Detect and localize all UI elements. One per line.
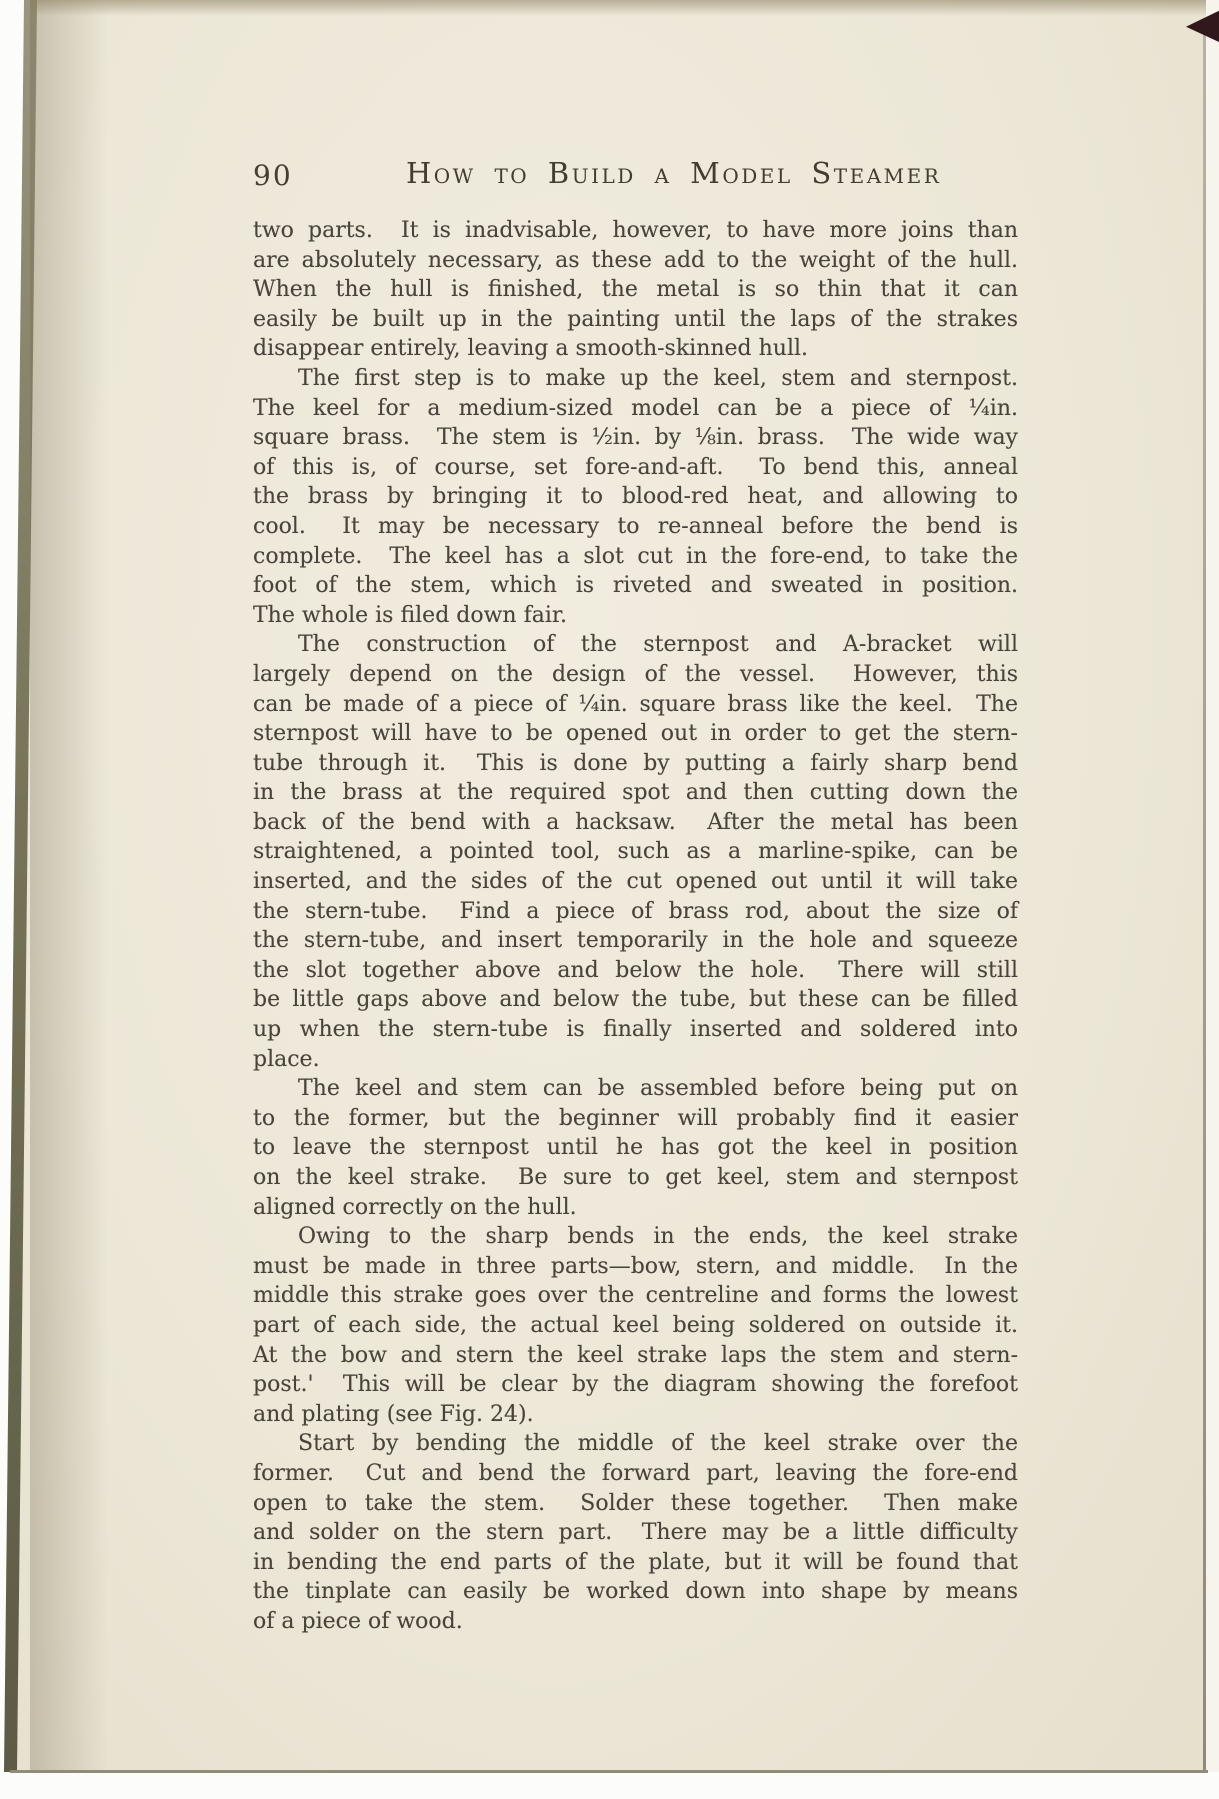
text-line: open to take the stem. Solder these toge… [253,1489,1018,1519]
page-body-text: two parts. It is inadvisable, however, t… [253,216,1018,1637]
text-line: in bending the end parts of the plate, b… [253,1548,1018,1578]
text-line: back of the bend with a hacksaw. After t… [253,808,1018,838]
paragraph: Start by bending the middle of the keel … [253,1429,1018,1636]
text-line: foot of the stem, which is riveted and s… [253,571,1018,601]
text-line: place. [253,1045,1018,1075]
text-line: tube through it. This is done by putting… [253,749,1018,779]
text-line: easily be built up in the painting until… [253,305,1018,335]
text-line: must be made in three parts—bow, stern, … [253,1252,1018,1282]
text-line: and solder on the stern part. There may … [253,1518,1018,1548]
text-line: complete. The keel has a slot cut in the… [253,542,1018,572]
text-line: to the former, but the beginner will pro… [253,1104,1018,1134]
page-bottom-edge-line [10,1770,1208,1773]
text-line: At the bow and stern the keel strake lap… [253,1341,1018,1371]
text-line: former. Cut and bend the forward part, l… [253,1459,1018,1489]
book-page-photo: 90 How to Build a Model Steamer two part… [0,0,1219,1799]
paragraph: two parts. It is inadvisable, however, t… [253,216,1018,364]
text-line: When the hull is finished, the metal is … [253,275,1018,305]
text-line: square brass. The stem is ½in. by ⅛in. b… [253,423,1018,453]
text-line: post.' This will be clear by the diagram… [253,1370,1018,1400]
text-line: the brass by bringing it to blood-red he… [253,482,1018,512]
text-line: sternpost will have to be opened out in … [253,719,1018,749]
text-line: The keel for a medium-sized model can be… [253,394,1018,424]
paragraph: Owing to the sharp bends in the ends, th… [253,1222,1018,1429]
text-line: the slot together above and below the ho… [253,956,1018,986]
text-line: of this is, of course, set fore-and-aft.… [253,453,1018,483]
page-number: 90 [253,159,293,192]
text-line: part of each side, the actual keel being… [253,1311,1018,1341]
page-right-margin-strip [1206,0,1219,1772]
text-line: the stern-tube, and insert temporarily i… [253,926,1018,956]
text-line: up when the stern-tube is finally insert… [253,1015,1018,1045]
text-line: on the keel strake. Be sure to get keel,… [253,1163,1018,1193]
text-line: The first step is to make up the keel, s… [253,364,1018,394]
text-line: in the brass at the required spot and th… [253,778,1018,808]
text-line: be little gaps above and below the tube,… [253,985,1018,1015]
text-line: are absolutely necessary, as these add t… [253,246,1018,276]
paragraph: The first step is to make up the keel, s… [253,364,1018,630]
text-line: The construction of the sternpost and A-… [253,630,1018,660]
paragraph: The construction of the sternpost and A-… [253,630,1018,1074]
text-line: of a piece of wood. [253,1607,1018,1637]
text-line: the stern-tube. Find a piece of brass ro… [253,897,1018,927]
text-line: middle this strake goes over the centrel… [253,1281,1018,1311]
text-line: largely depend on the design of the vess… [253,660,1018,690]
text-line: the tinplate can easily be worked down i… [253,1577,1018,1607]
text-line: can be made of a piece of ¼in. square br… [253,690,1018,720]
text-line: disappear entirely, leaving a smooth-ski… [253,334,1018,364]
text-line: inserted, and the sides of the cut opene… [253,867,1018,897]
running-title: How to Build a Model Steamer [406,156,941,190]
text-line: The whole is filed down fair. [253,601,1018,631]
text-line: and plating (see Fig. 24). [253,1400,1018,1430]
text-line: to leave the sternpost until he has got … [253,1133,1018,1163]
text-line: The keel and stem can be assembled befor… [253,1074,1018,1104]
paragraph: The keel and stem can be assembled befor… [253,1074,1018,1222]
text-line: Start by bending the middle of the keel … [253,1429,1018,1459]
text-line: two parts. It is inadvisable, however, t… [253,216,1018,246]
page-right-edge-line [1203,28,1206,1772]
text-line: Owing to the sharp bends in the ends, th… [253,1222,1018,1252]
text-line: straightened, a pointed tool, such as a … [253,837,1018,867]
text-line: cool. It may be necessary to re-anneal b… [253,512,1018,542]
page-top-shadow [30,0,1208,16]
text-line: aligned correctly on the hull. [253,1193,1018,1223]
gutter-shadow [30,0,108,1772]
